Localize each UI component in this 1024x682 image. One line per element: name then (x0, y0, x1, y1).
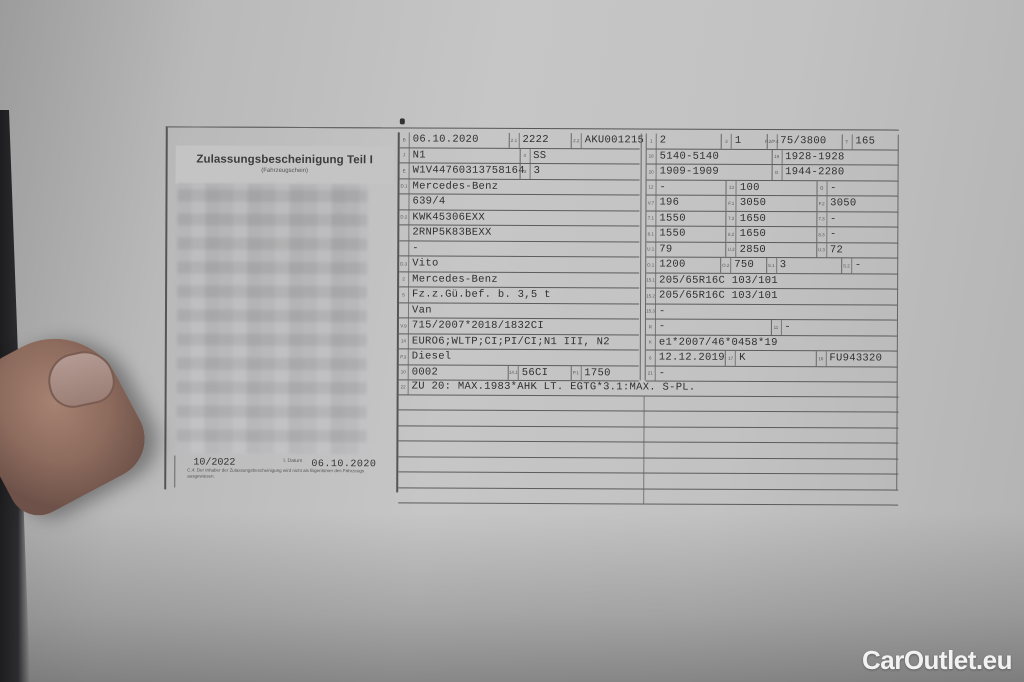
field-code: V.7 (646, 195, 656, 210)
form-row: 12-13100Q- (647, 180, 899, 197)
form-row: 639/4 (399, 194, 639, 211)
field-value: 3 (777, 259, 787, 271)
field-value: 79 (656, 243, 672, 255)
form-row: B06.10.20202.122222.2AKU001215 (400, 132, 640, 149)
field-value: 165 (852, 136, 875, 148)
field-code: D.3 (399, 256, 409, 271)
form-cell: 8.11550 (646, 226, 725, 241)
form-column-left: B06.10.20202.122222.2AKU001215JN14SSEW1V… (399, 132, 640, 381)
field-code: Q (817, 181, 827, 196)
form-cell: 639/4 (399, 194, 639, 210)
field-code: O.2 (721, 258, 731, 273)
field-value: 56CI (519, 367, 548, 379)
field-value: 1750 (581, 367, 610, 379)
form-cell: S.13 (766, 258, 841, 273)
field-code: 16 (816, 351, 826, 366)
form-cell: 13100 (726, 180, 816, 195)
form-cell: 12- (647, 180, 726, 195)
field-value: - (656, 367, 666, 379)
form-cell: 7.3- (816, 212, 898, 227)
field-value: 2222 (519, 134, 548, 146)
vehicle-data-form: B06.10.20202.122222.2AKU001215JN14SSEW1V… (396, 132, 900, 494)
form-cell: 7.11550 (646, 211, 725, 226)
blank-row (398, 488, 898, 506)
field-code: 19 (772, 150, 782, 165)
form-cell: 14.156CI (508, 365, 571, 380)
form-cell: P.3Diesel (399, 349, 639, 365)
form-row: D.2KWK45306EXX (399, 210, 639, 227)
field-code: D.1 (400, 179, 410, 194)
form-cell: JN1 (400, 148, 520, 163)
form-cell: D.3Vito (399, 256, 639, 272)
field-code: P.1 (571, 366, 581, 381)
field-code: 6 (646, 350, 656, 365)
field-code: T (842, 134, 852, 149)
field-code: F.2 (817, 196, 827, 211)
field-value: 196 (656, 197, 679, 209)
field-value: - (827, 229, 837, 241)
form-row: 7.115507.216507.3- (646, 211, 898, 228)
field-value: N1 (410, 149, 426, 161)
field-code: 18 (647, 149, 657, 164)
field-code: 15.1 (646, 273, 656, 288)
field-value: 1909-1909 (657, 166, 719, 178)
field-code (399, 241, 409, 256)
field-code: F.1 (727, 196, 737, 211)
form-cell: Van (399, 303, 639, 319)
field-value: Van (409, 304, 432, 316)
form-cell: F.23050 (816, 196, 898, 211)
title-box: Zulassungsbescheinigung Teil I (Fahrzeug… (176, 145, 394, 184)
form-cell: 191928-1928 (771, 150, 899, 165)
field-code: 8.2 (727, 227, 737, 242)
form-column-right: 1231P.2/P.475/3800T165185140-5140191928-… (646, 133, 899, 382)
form-cell: 185140-5140 (647, 149, 772, 164)
form-cell: 31 (721, 134, 767, 149)
field-value: 1200 (656, 259, 685, 271)
field-value: 3050 (827, 198, 856, 210)
form-row: 14EURO6;WLTP;CI;PI/CI;N1 III, N2 (399, 334, 639, 351)
certificate-left-panel: Zulassungsbescheinigung Teil I (Fahrzeug… (164, 126, 396, 490)
field-code: 10 (399, 365, 409, 380)
field-code: S.2 (842, 258, 852, 273)
form-cell: 21- (646, 366, 898, 382)
field-value: 3050 (737, 197, 766, 209)
field-code (399, 303, 409, 318)
field-value: EURO6;WLTP;CI;PI/CI;N1 III, N2 (409, 335, 610, 348)
field-code: P.3 (399, 349, 409, 364)
field-value: 2 (657, 135, 667, 147)
field-value: 100 (737, 182, 760, 194)
form-cell: 16FU943320 (815, 351, 897, 366)
form-cell: 201909-1909 (647, 164, 772, 179)
field-code: D.2 (399, 210, 409, 225)
field-code: 15.2 (646, 288, 656, 303)
field-code: 12 (647, 180, 657, 195)
form-row: P.3Diesel (399, 349, 639, 366)
form-cell: 100002 (399, 365, 508, 380)
form-cell: O.11200 (646, 257, 720, 272)
registration-certificate: Zulassungsbescheinigung Teil I (Fahrzeug… (164, 123, 901, 496)
field-code: 14 (399, 334, 409, 349)
field-value: 205/65R16C 103/101 (656, 290, 778, 303)
form-cell: 2Mercedes-Benz (399, 272, 639, 288)
field-value: KWK45306EXX (409, 211, 485, 223)
field-value: 1944-2280 (782, 166, 844, 178)
form-row: Ke1*2007/46*0458*19 (646, 335, 898, 352)
form-cell: Ke1*2007/46*0458*19 (646, 335, 898, 351)
form-row: - (399, 241, 639, 258)
field-code: 3 (722, 134, 732, 149)
form-row: D.3Vito (399, 256, 639, 273)
form-cell: 15.2205/65R16C 103/101 (646, 288, 898, 304)
date-label: I. Datum (283, 458, 302, 464)
field-value: - (409, 242, 419, 254)
field-code: K (646, 335, 656, 350)
form-cell: 33 (520, 164, 640, 179)
field-value: - (827, 213, 837, 225)
form-row: 15.1205/65R16C 103/101 (646, 273, 898, 290)
field-value: Diesel (409, 351, 452, 363)
certificate-footer: 10/2022 I. Datum 06.10.2020 C.4: Der Inh… (174, 455, 393, 488)
field-value: 5140-5140 (657, 150, 719, 162)
form-cell: 11- (770, 320, 898, 335)
field-value: W1V44760313758164 (410, 165, 525, 178)
ink-mark (400, 118, 405, 124)
form-row: EW1V4476031375816433 (400, 163, 640, 180)
form-cell: 17K (725, 351, 815, 366)
field-code: U.1 (646, 242, 656, 257)
field-code: 8.1 (646, 226, 656, 241)
field-code: O.1 (646, 257, 656, 272)
form-cell: D.2KWK45306EXX (399, 210, 639, 226)
form-cell: S.2- (841, 258, 898, 273)
field-value: 205/65R16C 103/101 (656, 274, 778, 287)
field-value: - (656, 321, 666, 333)
form-row: 612.12.201917K16FU943320 (646, 350, 898, 367)
redacted-holder-area (176, 183, 367, 454)
field-value: 1928-1928 (782, 151, 844, 163)
form-cell: U.179 (646, 242, 725, 257)
field-code: S.1 (767, 258, 777, 273)
form-row: V.9715/2007*2018/1832CI (399, 318, 639, 335)
form-row: 15.2205/65R16C 103/101 (646, 288, 898, 305)
form-cell: 2.2AKU001215 (571, 133, 640, 148)
field-code: 7.3 (817, 212, 827, 227)
field-code: 17 (726, 351, 736, 366)
form-cell: F.13050 (726, 196, 816, 211)
form-cell: 2.12222 (508, 133, 570, 148)
field-code: 2 (399, 272, 409, 287)
field-code: 11 (771, 320, 781, 335)
field-code: G (772, 165, 782, 180)
field-value: 06.10.2020 (410, 134, 479, 146)
form-row: U.179U.22850U.372 (646, 242, 898, 259)
field-value: 12.12.2019 (656, 352, 725, 364)
form-row: 8.115508.216508.3- (646, 226, 898, 243)
field-value: e1*2007/46*0458*19 (656, 336, 778, 349)
field-value: K (736, 352, 746, 364)
field-code: 5 (399, 287, 409, 302)
field-value: - (827, 182, 837, 194)
form-row: O.11200O.2750S.13S.2- (646, 257, 898, 274)
field-value: 1650 (737, 228, 766, 240)
field-code: R (646, 319, 656, 334)
form-row: 2RNP5K83BEXX (399, 225, 639, 242)
field-code: 1 (647, 133, 657, 148)
form-cell: EW1V44760313758164 (400, 163, 520, 178)
form-cell: U.372 (816, 243, 898, 258)
field-code: U.3 (817, 243, 827, 258)
field-value: 72 (827, 244, 843, 256)
field-value: 639/4 (409, 196, 445, 208)
field-value: FU943320 (826, 353, 882, 365)
form-cell: V.9715/2007*2018/1832CI (399, 318, 639, 334)
form-cell: 612.12.2019 (646, 350, 725, 365)
form-row: R-11- (646, 319, 898, 336)
form-cell: 4SS (519, 148, 640, 163)
form-cell: U.22850 (726, 242, 816, 257)
form-row: 2Mercedes-Benz (399, 272, 639, 289)
field-code: U.2 (727, 242, 737, 257)
form-cell: D.1Mercedes-Benz (400, 179, 640, 195)
field-value: - (657, 181, 667, 193)
field-value: 2850 (737, 244, 766, 256)
form-cell: P.2/P.475/3800 (766, 134, 841, 149)
field-code: 3 (521, 164, 531, 179)
field-value: 0002 (409, 366, 438, 378)
form-cell: 12 (647, 133, 721, 148)
form-cell: V.7196 (646, 195, 725, 210)
field-code: B (400, 132, 410, 147)
field-value: Mercedes-Benz (410, 180, 499, 192)
form-cell: T165 (841, 134, 898, 149)
form-cell: P.11750 (570, 366, 639, 381)
field-value: 75/3800 (777, 135, 826, 147)
field-value: 2RNP5K83BEXX (409, 227, 491, 239)
field-code: 8.3 (817, 227, 827, 242)
form-cell: 7.21650 (726, 211, 816, 226)
form-row: 15.3- (646, 304, 898, 321)
field-code: 21 (646, 366, 656, 381)
form-row: 185140-5140191928-1928 (647, 149, 899, 166)
field-value: - (852, 260, 862, 272)
footer-note: C.4: Der Inhaber der Zulassungsbescheini… (187, 467, 387, 480)
remarks-section: 22 ZU 20: MAX.1983*AHK LT. EGTG*3.1:MAX.… (398, 379, 899, 505)
form-row: 1231P.2/P.475/3800T165 (647, 133, 899, 150)
field-value: Vito (409, 258, 438, 270)
field-value: 1650 (737, 213, 766, 225)
field-value: Fz.z.Gü.bef. b. 3,5 t (409, 289, 551, 302)
field-code (399, 194, 409, 209)
form-cell: 15.1205/65R16C 103/101 (646, 273, 898, 289)
field-value: Mercedes-Benz (409, 273, 498, 285)
form-cell: 8.3- (816, 227, 898, 242)
form-cell: 2RNP5K83BEXX (399, 225, 639, 241)
field-code: 14.1 (509, 365, 519, 380)
field-value: 715/2007*2018/1832CI (409, 320, 544, 333)
field-value: 1550 (656, 228, 685, 240)
field-code: 15.3 (646, 304, 656, 319)
field-code: V.9 (399, 318, 409, 333)
field-value: SS (530, 150, 546, 162)
document-subtitle: (Fahrzeugschein) (176, 167, 394, 174)
remarks-text: ZU 20: MAX.1983*AHK LT. EGTG*3.1:MAX. S-… (409, 381, 696, 394)
field-value: 3 (531, 165, 541, 177)
field-code: 2.2 (572, 133, 582, 148)
field-code: 7.1 (646, 211, 656, 226)
document-title: Zulassungsbescheinigung Teil I (176, 153, 394, 166)
form-row: V.7196F.13050F.23050 (646, 195, 898, 212)
field-code: 20 (647, 164, 657, 179)
field-code: 7.2 (727, 211, 737, 226)
watermark-logo: CarOutlet.eu (862, 645, 1012, 676)
field-code: 2.1 (509, 133, 519, 148)
thumb (0, 314, 159, 526)
field-code: 13 (727, 180, 737, 195)
form-cell: R- (646, 319, 771, 334)
field-value: 750 (731, 259, 754, 271)
field-value: AKU001215 (582, 134, 644, 146)
form-row: 201909-1909G1944-2280 (647, 164, 899, 181)
form-cell: O.2750 (720, 258, 766, 273)
field-value: 1550 (656, 212, 685, 224)
field-code: J (400, 148, 410, 163)
form-row: Van (399, 303, 639, 320)
field-code (399, 225, 409, 240)
field-code: E (400, 163, 410, 178)
form-cell: B06.10.2020 (400, 132, 509, 147)
form-row: D.1Mercedes-Benz (400, 179, 640, 196)
form-cell: 15.3- (646, 304, 898, 320)
form-cell: 14EURO6;WLTP;CI;PI/CI;N1 III, N2 (399, 334, 639, 350)
field-code: 4 (520, 148, 530, 163)
field-code: 22 (399, 379, 409, 394)
field-value: 1 (732, 135, 742, 147)
field-value: - (656, 305, 666, 317)
form-cell: G1944-2280 (771, 165, 899, 180)
field-code: P.2/P.4 (767, 134, 777, 149)
field-value: - (781, 321, 791, 333)
form-cell: 8.21650 (726, 227, 816, 242)
form-row: JN14SS (400, 148, 640, 165)
form-cell: Q- (816, 181, 898, 196)
form-cell: 5Fz.z.Gü.bef. b. 3,5 t (399, 287, 639, 303)
form-row: 5Fz.z.Gü.bef. b. 3,5 t (399, 287, 639, 304)
form-cell: - (399, 241, 639, 257)
